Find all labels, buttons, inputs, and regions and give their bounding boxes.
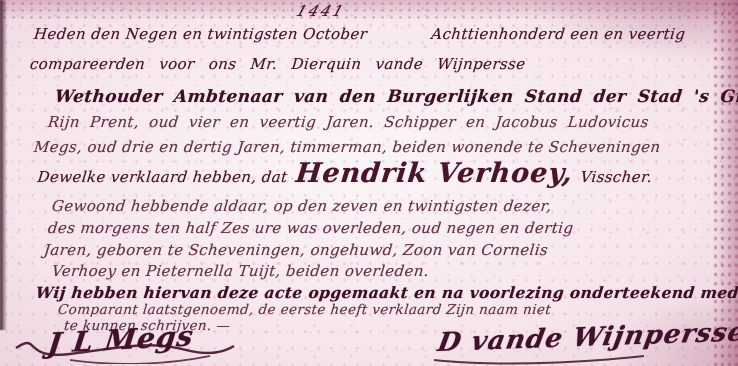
witness2-line: Megs, oud drie en dertig Jaren, timmerma… [33, 138, 661, 156]
death-line: des morgens ten half Zes ure was overled… [47, 219, 574, 237]
official-line: Wethouder Ambtenaar van den Burgerlijken… [54, 87, 738, 107]
scanned-death-record: 1441 Heden den Negen en twintigsten Octo… [0, 0, 738, 366]
date-line: Heden den Negen en twintigsten October A… [33, 25, 686, 43]
declaration-line: Dewelke verklaard hebben, dat Hendrik Ve… [37, 160, 654, 187]
birth-line: Jaren, geboren te Scheveningen, ongehuwd… [43, 241, 549, 259]
record-number: 1441 [294, 2, 348, 20]
parents-line: Verhoey en Pieternella Tuijt, beiden ove… [51, 262, 430, 280]
closing-line1: Wij hebben hiervan deze acte opgemaakt e… [35, 283, 738, 302]
deceased-occupation: Visscher. [580, 168, 653, 186]
closing-line2: Comparant laatstgenoemd, de eerste heeft… [57, 302, 552, 318]
date-part2: Achttienhonderd een en veertig [430, 25, 686, 43]
date-part1: Heden den Negen en twintigsten October [33, 25, 368, 43]
page-binding-edge [0, 0, 7, 330]
witness1-line: Rijn Prent, oud vier en veertig Jaren. S… [47, 113, 650, 131]
deceased-name: Hendrik Verhoey, [295, 160, 575, 187]
page-right-edge [712, 0, 738, 366]
comparition-line: compareerden voor ons Mr. Dierquin vande… [29, 55, 526, 73]
declaration-prefix: Dewelke verklaard hebben, dat [37, 168, 289, 186]
residence-line: Gewoond hebbende aldaar, op den zeven en… [51, 197, 553, 215]
signature-left: J L Megs [46, 319, 196, 360]
